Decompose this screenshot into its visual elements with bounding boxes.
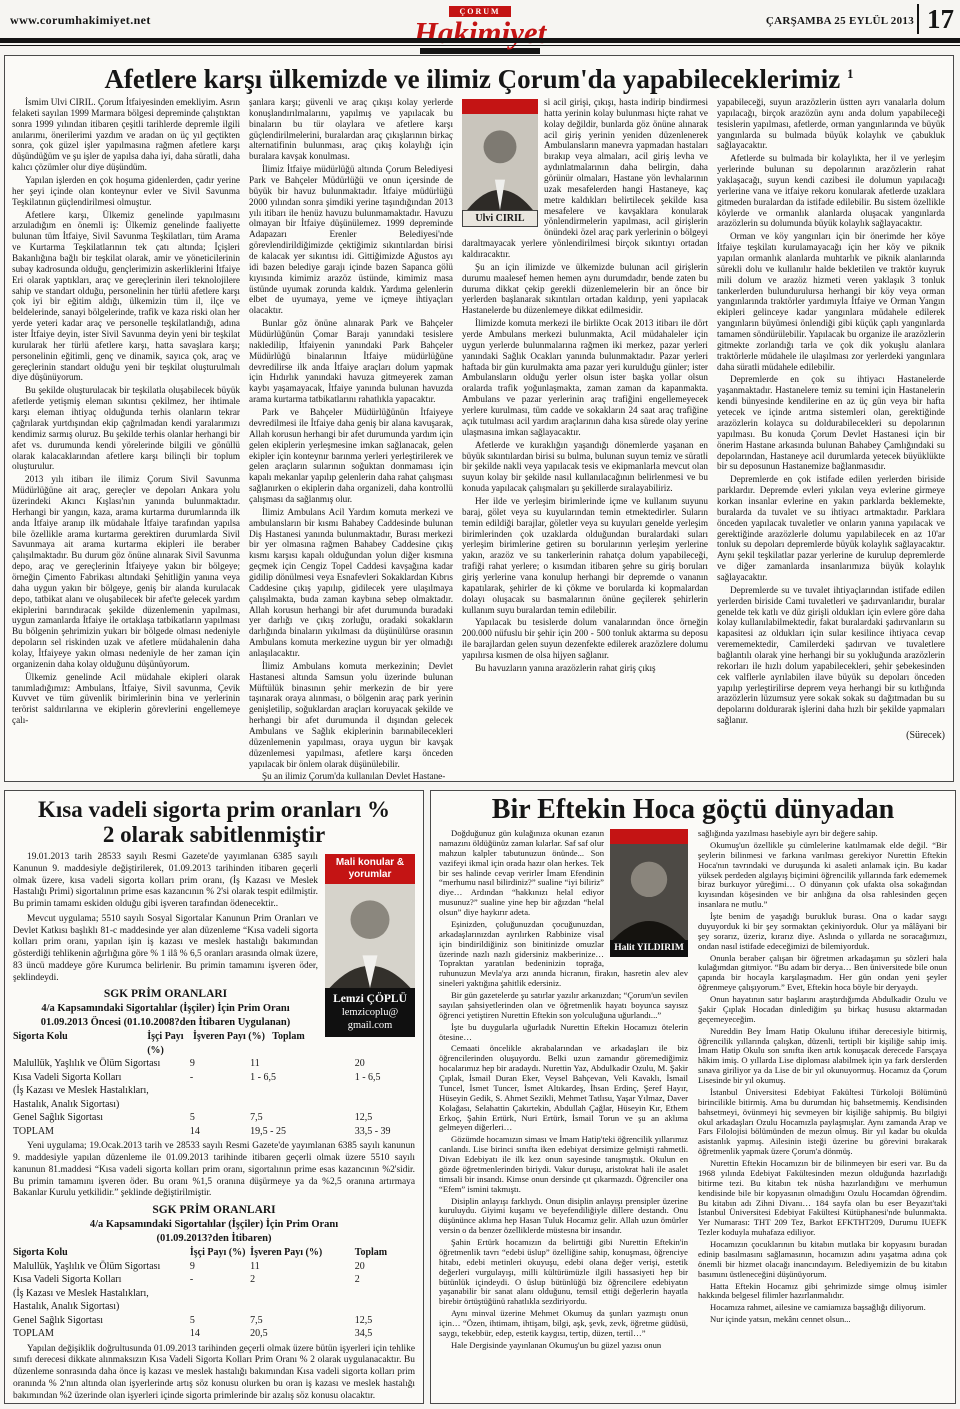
article-paragraph: Ülkemiz genelinde Acil müdahale ekipleri…	[12, 672, 240, 726]
photo-red-banner	[462, 99, 538, 114]
header-rule-thin	[0, 45, 960, 46]
table-title: SGK PRİM ORANLARI	[13, 1203, 415, 1218]
article-paragraph: Onun hayatının satır başlarını araştırdı…	[698, 995, 947, 1025]
column-4-text: yapabileceği, suyun arazözlerin üstten a…	[717, 97, 945, 726]
table-row: TOPLAM1419,5 - 2533,5 - 39	[13, 1125, 415, 1139]
article-paragraph: Bunlar göz önüne alınarak Park ve Bahçel…	[249, 318, 453, 405]
table-row: Genel Sağlık Sigortası57,512,5	[13, 1111, 415, 1125]
header-rule-thick	[0, 38, 960, 43]
article-paragraph: İsmim Ulvi CIRIL. Çorum İtfaiyesinden em…	[12, 97, 240, 173]
author-name: Lemzi ÇÖPLÜ	[326, 992, 414, 1006]
article-paragraph: Onunla beraber çalışan bir öğretmen arka…	[698, 954, 947, 994]
table-row: TOPLAM1420,534,5	[13, 1327, 415, 1341]
article-paragraph: Depremlerde su ve tuvalet ihtiyaçlarında…	[717, 585, 945, 726]
author-block-lemzi-coplu: Mali konular & yorumlar Lemzi ÇÖPLÜ lemz…	[325, 854, 415, 1037]
portrait-silhouette-icon	[610, 844, 688, 940]
article-paragraph: 2013 yılı itibarı ile ilimiz Çorum Sivil…	[12, 474, 240, 669]
portrait-silhouette-icon	[462, 114, 538, 210]
main-article-column-3: Ulvi CIRIL si acil girişi, çıkışı, hasta…	[462, 97, 708, 783]
article-paragraph: Okumuş'un özellikle şu cümlelerine katıl…	[698, 841, 947, 910]
article-paragraph: Hocamızın çocuklarının bu kitabın mutlak…	[698, 1240, 947, 1280]
table-period: (01.09.2013?den İtibaren)	[13, 1232, 415, 1246]
sigorta-article-title: Kısa vadeli sigorta prim oranları % 2 ol…	[13, 797, 415, 847]
col-header: Sigorta Kolu	[13, 1246, 190, 1260]
sgk-table-2: SGK PRİM ORANLARI 4/a Kapsamındaki Sigor…	[13, 1203, 415, 1341]
article-paragraph: Her ilde ve yerleşim birimlerinde içme v…	[462, 496, 708, 615]
photo-red-banner	[610, 829, 688, 844]
article-paragraph: Gözümde hocamızın siması ve İmam Hatip't…	[439, 1135, 688, 1194]
page-header: www.corumhakimiyet.net ÇORUM Hakimiyet Ç…	[0, 0, 960, 54]
sigorta-title-line1: Kısa vadeli sigorta prim oranları %	[38, 797, 390, 822]
article-paragraph: Disiplin anlayışı farklıydı. Onun disipl…	[439, 1197, 688, 1237]
table-row: Kısa Vadeli Sigorta Kolları-22	[13, 1273, 415, 1287]
main-article-column-1: İsmim Ulvi CIRIL. Çorum İtfaiyesinden em…	[12, 97, 240, 783]
main-article-columns: İsmim Ulvi CIRIL. Çorum İtfaiyesinden em…	[12, 97, 946, 783]
main-article-column-2: şanlara karşı; güvenli ve araç çıkışı ko…	[249, 97, 453, 783]
article-paragraph: Orman ve köy yangınları için bir önerimd…	[717, 231, 945, 372]
article-paragraph: Cemaati öncelikle akrabalarından ve arka…	[439, 1044, 688, 1133]
article-paragraph: Afetlerde su bulmada bir kolaylıkta, her…	[717, 153, 945, 229]
article-paragraph: Nurettin Eftekin Hocamızın bir de bilinm…	[698, 1159, 947, 1238]
article-paragraph: Bu şekilde oluşturulacak bir teşkilatla …	[12, 385, 240, 472]
sigorta-article: Kısa vadeli sigorta prim oranları % 2 ol…	[4, 790, 424, 1404]
sigorta-paragraph-3: Yeni uygulama; 19.Ocak.2013 tarih ve 285…	[13, 1141, 415, 1200]
sigorta-title-line2: 2 olarak sabitlenmiştir	[103, 822, 325, 847]
table-row: (İş Kazası ve Meslek Hastalıkları,	[13, 1084, 415, 1098]
main-article-title-text: Afetlere karşı ülkemizde ve ilimiz Çorum…	[104, 64, 840, 94]
col-header: Toplam	[355, 1246, 415, 1260]
table-row: Malullük, Yaşlılık ve Ölüm Sigortası9112…	[13, 1260, 415, 1274]
article-paragraph: İlimiz Ambulans komuta merkezinin; Devle…	[249, 661, 453, 770]
lemzi-coplu-photo	[325, 884, 415, 988]
article-paragraph: Hocamıza rahmet, ailesine ve camiamıza b…	[698, 1303, 947, 1313]
portrait-photo	[610, 844, 688, 940]
article-paragraph: İşte bu duygularla uğurladık Nurettin Ef…	[439, 1023, 688, 1043]
article-paragraph: Afetlerde ve kuraklığın yaşandığı döneml…	[462, 440, 708, 494]
article-paragraph: Afetlere karşı, Ülkemiz genelinde yapılm…	[12, 210, 240, 384]
halit-yildirim-photo: Halit YILDIRIM	[610, 829, 688, 957]
col-header: İşveren Payı (%)	[193, 1030, 272, 1057]
article-paragraph: Hale Dergisinde yayınlanan Okumuş'un bu …	[439, 1341, 688, 1351]
photo-caption: Halit YILDIRIM	[610, 940, 688, 957]
article-paragraph: Nureddin Bey İmam Hatip Okulunu iftihar …	[698, 1027, 947, 1086]
article-paragraph: sağlığında yazılması hasebiyle ayrı bir …	[698, 829, 947, 839]
article-paragraph: Depremlerde en çok su ihtiyacı Hastanele…	[717, 374, 945, 472]
col-header: İşveren Payı (%)	[250, 1246, 355, 1260]
article-paragraph: Şu an için ilimizde ve ülkemizde bulunan…	[462, 262, 708, 316]
article-paragraph: şanlara karşı; güvenli ve araç çıkışı ko…	[249, 97, 453, 162]
table-header-row: Sigorta Kolu İşçi Payı (%) İşveren Payı …	[13, 1030, 318, 1057]
main-article-column-4: yapabileceği, suyun arazözlerin üstten a…	[717, 97, 945, 783]
article-paragraph: Nur içinde yatsın, mekânı cennet olsun..…	[698, 1315, 947, 1325]
eftekin-article-title: Bir Eftekin Hoca göçtü dünyadan	[439, 794, 947, 826]
article-paragraph: Hatta Eftekin Hocamız gibi şehrimizde si…	[698, 1282, 947, 1302]
table-row: Hastalık, Analık Sigortası)	[13, 1300, 415, 1314]
article-paragraph: İlimizde komuta merkezi ile birlikte Oca…	[462, 318, 708, 437]
article-paragraph: Depremlerde en çok istifade edilen yerle…	[717, 474, 945, 583]
table-header-row: Sigorta Kolu İşçi Payı (%) İşveren Payı …	[13, 1246, 415, 1260]
article-paragraph: yapabileceği, suyun arazözlerin üstten a…	[717, 97, 945, 151]
ulvi-ciril-photo: Ulvi CIRIL	[462, 99, 538, 227]
article-paragraph: Yapılan işlerden en çok hoşuma gidenlerd…	[12, 175, 240, 208]
main-article-title-footnote: 1	[847, 66, 854, 81]
article-paragraph: İlimiz İtfaiye müdürlüğü altında Çorum B…	[249, 164, 453, 316]
sigorta-paragraph-4: Yapılan değişiklik doğrultusunda 01.09.2…	[13, 1344, 415, 1403]
photo-caption: Ulvi CIRIL	[462, 210, 538, 227]
issue-date: ÇARŞAMBA 25 EYLÜL 2013	[766, 15, 914, 27]
article-paragraph: Yapılacak bu tesislerde dolum vanalarınd…	[462, 617, 708, 660]
page-number: 17	[917, 4, 954, 34]
article-paragraph: Şahin Ertürk hocamızın da belirttiği gib…	[439, 1238, 688, 1307]
eftekin-column-right: sağlığında yazılması hasebiyle ayrı bir …	[698, 829, 947, 1397]
col-header: Sigorta Kolu	[13, 1030, 147, 1057]
main-article-title: Afetlere karşı ülkemizde ve ilimiz Çorum…	[12, 59, 946, 94]
portrait-silhouette-icon	[325, 884, 415, 988]
article-paragraph: Park ve Bahçeler Müdürlüğünün İtfaiyeye …	[249, 407, 453, 505]
site-url: www.corumhakimiyet.net	[10, 13, 151, 28]
eftekin-article: Bir Eftekin Hoca göçtü dünyadan Halit YI…	[430, 790, 956, 1404]
continuation-note: (Sürecek)	[717, 730, 945, 742]
portrait-photo	[462, 114, 538, 210]
author-email-line1: lemzicoplu@	[326, 1006, 414, 1019]
table-row: Hastalık, Analık Sigortası)	[13, 1098, 415, 1112]
eftekin-columns: Halit YILDIRIM Doğduğunuz gün kulağınıza…	[439, 829, 947, 1397]
article-paragraph: Bir gün gazetelerde şu satırlar yazılır …	[439, 991, 688, 1021]
eftekin-column-left: Halit YILDIRIM Doğduğunuz gün kulağınıza…	[439, 829, 688, 1397]
table-row: Malullük, Yaşlılık ve Ölüm Sigortası9112…	[13, 1057, 415, 1071]
article-paragraph: İlimiz Ambulans Acil Yardım komuta merke…	[249, 507, 453, 659]
article-paragraph: Şu an ilimiz Çorum'da kullanılan Devlet …	[249, 771, 453, 782]
column-badge: Mali konular & yorumlar	[325, 854, 415, 884]
article-paragraph: İstanbul Üniversitesi Edebiyat Fakültesi…	[698, 1088, 947, 1157]
table-body: Malullük, Yaşlılık ve Ölüm Sigortası9112…	[13, 1057, 415, 1138]
article-paragraph: Bu havuzların yanına arazözlerin rahat g…	[462, 663, 708, 674]
table-subtitle: 4/a Kapsamındaki Sigortalılar (İşçiler) …	[13, 1218, 415, 1232]
table-row: Kısa Vadeli Sigorta Kolları-1 - 6,51 - 6…	[13, 1071, 415, 1085]
main-article: Afetlere karşı ülkemizde ve ilimiz Çorum…	[4, 55, 954, 782]
col-header: İşçi Payı (%)	[147, 1030, 193, 1057]
author-contact-card: Lemzi ÇÖPLÜ lemzicoplu@ gmail.com	[325, 988, 415, 1037]
col-header: İşçi Payı (%)	[190, 1246, 250, 1260]
col-header: Toplam	[272, 1030, 318, 1057]
article-paragraph: Aynı minval üzerine Mehmet Okumuş da şun…	[439, 1309, 688, 1339]
table-row: Genel Sağlık Sigortası57,512,5	[13, 1314, 415, 1328]
table-body: Malullük, Yaşlılık ve Ölüm Sigortası9112…	[13, 1260, 415, 1341]
article-paragraph: İşte benim de yaşadığı burukluk burası. …	[698, 912, 947, 952]
table-row: (İş Kazası ve Meslek Hastalıkları,	[13, 1287, 415, 1301]
newspaper-logo: ÇORUM Hakimiyet	[370, 1, 590, 54]
author-email-line2: gmail.com	[326, 1019, 414, 1032]
